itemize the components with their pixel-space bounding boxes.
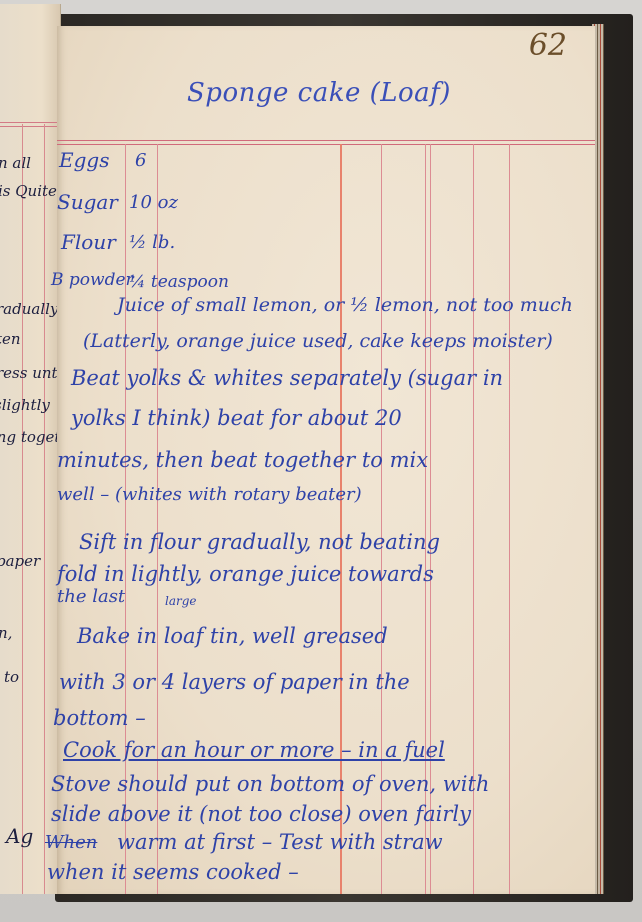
ingredient-name: B powder: [51, 270, 134, 290]
method-line: slide above it (not too close) oven fair…: [51, 802, 471, 826]
left-page-text: n,: [0, 624, 12, 642]
method-line: minutes, then beat together to mix: [57, 448, 428, 472]
method-line: when it seems cooked –: [47, 860, 299, 884]
left-page-margin-rule: [44, 124, 45, 894]
column-rule: [509, 144, 510, 894]
left-page: n all is Quite radually ten ress until s…: [0, 4, 61, 894]
insertion-note: large: [165, 594, 197, 608]
method-line: fold in lightly, orange juice towards: [57, 562, 434, 586]
left-page-text: paper: [0, 552, 40, 570]
left-page-text: to: [4, 668, 19, 686]
left-page-text: ten: [0, 330, 21, 348]
method-line: Bake in loaf tin, well greased: [77, 624, 388, 648]
left-page-text: is Quite: [0, 182, 57, 200]
header-rule: [57, 140, 595, 141]
page-number: 62: [529, 28, 567, 63]
ingredient-qty: 10 oz: [129, 192, 178, 213]
method-line: Cook for an hour or more – in a fuel: [63, 738, 445, 762]
left-page-text: radually: [0, 300, 58, 318]
recipe-page: 62 Sponge cake (Loaf) Eggs 6 Sugar 10 oz…: [57, 26, 595, 894]
left-page-header-rule: [0, 126, 60, 127]
left-page-header-rule: [0, 122, 60, 123]
ingredient-qty: 6: [135, 150, 146, 171]
ingredient-name: Sugar: [57, 190, 118, 214]
left-page-text: n all: [0, 154, 31, 172]
ingredient-name: Eggs: [59, 148, 109, 172]
left-page-margin-rule: [22, 124, 23, 894]
left-page-text: ress until: [0, 364, 61, 382]
method-line: Beat yolks & whites separately (sugar in: [71, 366, 503, 390]
left-page-text: ing together: [0, 428, 61, 446]
ingredient-qty: ½ lb.: [129, 232, 175, 253]
method-line: with 3 or 4 layers of paper in the: [59, 670, 410, 694]
method-line: bottom –: [53, 706, 146, 730]
header-rule: [57, 144, 595, 145]
ingredient-name: Flour: [61, 230, 116, 254]
method-line: yolks I think) beat for about 20: [71, 406, 402, 430]
method-line: Stove should put on bottom of oven, with: [51, 772, 489, 796]
method-line: Sift in flour gradually, not beating: [79, 530, 440, 554]
ingredient-qty: ¼ teaspoon: [129, 272, 229, 292]
method-line: the last: [57, 586, 125, 607]
left-page-text: Ag: [6, 824, 33, 848]
recipe-title: Sponge cake (Loaf): [187, 78, 451, 108]
method-line: Juice of small lemon, or ½ lemon, not to…: [117, 294, 573, 316]
method-line: well – (whites with rotary beater): [57, 484, 362, 505]
method-line: (Latterly, orange juice used, cake keeps…: [83, 330, 553, 352]
left-page-text: slightly: [0, 396, 50, 414]
struck-word: When: [45, 832, 97, 853]
method-line: warm at first – Test with straw: [117, 830, 443, 854]
